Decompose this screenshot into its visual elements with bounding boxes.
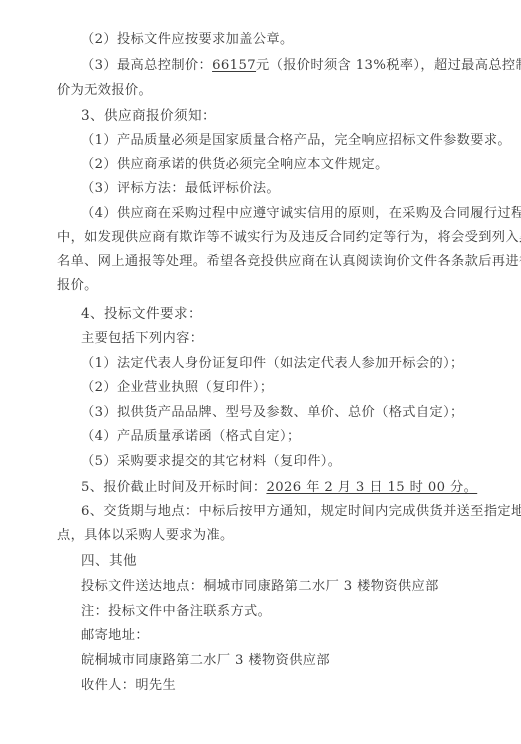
mail-address: 皖桐城市同康路第二水厂 3 楼物资供应部 (81, 653, 330, 669)
deadline-value: 2026 年 2 月 3 日 15 时 00 分。 (266, 480, 477, 495)
section-4-item-3: （3）拟供货产品品牌、型号及参数、单价、总价（格式自定）； (81, 405, 464, 421)
max-price-suffix: 元（报价时须含 13%税率），超过最高总控制 (256, 58, 521, 73)
section-3-item-3: （3）评标方法：最低评标价法。 (81, 181, 280, 197)
section-3-item-4-line-2: 中，如发现供应商有欺诈等不诚实行为及违反合同约定等行为，将会受到列入黑 (57, 230, 521, 246)
section-other-title: 四、其他 (81, 553, 137, 569)
section-3-item-1: （1）产品质量必须是国家质量合格产品，完全响应招标文件参数要求。 (81, 133, 511, 149)
section-3-title: 3、供应商报价须知： (81, 108, 216, 124)
section-4-title: 4、投标文件要求： (81, 306, 202, 322)
mail-label: 邮寄地址： (81, 628, 149, 644)
document-page: （2）投标文件应按要求加盖公章。 （3）最高总控制价：66157元（报价时须含 … (0, 0, 521, 744)
max-price-amount: 66157 (212, 58, 256, 73)
recipient: 收件人：明先生 (81, 678, 176, 694)
max-price-continuation: 价为无效报价。 (57, 83, 152, 99)
section-3-item-2: （2）供应商承诺的供货必须完全响应本文件规定。 (81, 157, 389, 173)
section-4-item-1: （1）法定代表人身份证复印件（如法定代表人参加开标会的）； (81, 356, 464, 372)
deadline-label: 5、报价截止时间及开标时间： (81, 480, 266, 495)
delivery-address: 投标文件送达地点：桐城市同康路第二水厂 3 楼物资供应部 (81, 579, 439, 595)
section-4-intro: 主要包括下列内容： (81, 331, 203, 347)
delivery-line-2: 点，具体以采购人要求为准。 (57, 528, 234, 544)
max-price-label: （3）最高总控制价： (81, 58, 212, 73)
section-4-item-2: （2）企业营业执照（复印件）； (81, 380, 273, 396)
section-3-item-4-line-4: 报价。 (57, 278, 98, 294)
bid-doc-seal-requirement: （2）投标文件应按要求加盖公章。 (81, 32, 294, 48)
section-4-item-4: （4）产品质量承诺函（格式自定）； (81, 429, 301, 445)
max-control-price-line: （3）最高总控制价：66157元（报价时须含 13%税率），超过最高总控制 (81, 58, 521, 74)
section-4-item-5: （5）采购要求提交的其它材料（复印件）。 (81, 454, 341, 470)
section-3-item-4-line-3: 名单、网上通报等处理。希望各竞投供应商在认真阅读询价文件各条款后再进行 (57, 254, 521, 270)
deadline-line: 5、报价截止时间及开标时间：2026 年 2 月 3 日 15 时 00 分。 (81, 480, 477, 496)
contact-note: 注：投标文件中备注联系方式。 (81, 604, 271, 620)
section-3-item-4-line-1: （4）供应商在采购过程中应遵守诚实信用的原则，在采购及合同履行过程 (81, 206, 521, 222)
delivery-line-1: 6、交货期与地点：中标后按甲方通知，规定时间内完成供货并送至指定地 (81, 504, 521, 520)
